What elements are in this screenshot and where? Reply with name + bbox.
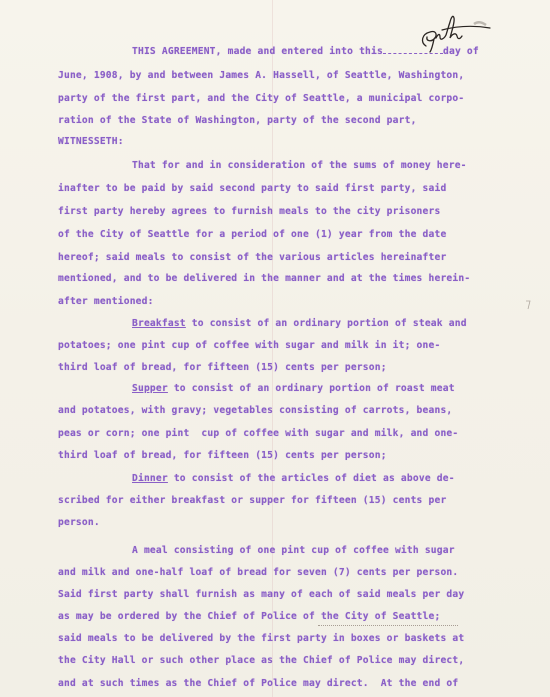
document-line: potatoes; one pint cup of coffee with su… [58,340,440,351]
line-text: as may be ordered by the Chief of Police… [58,611,440,622]
document-page: THIS AGREEMENT, made and entered into th… [0,0,550,697]
line-text: inafter to be paid by said second party … [58,183,446,194]
line-text: THIS AGREEMENT, made and entered into th… [132,46,383,57]
document-line: and milk and one-half loaf of bread for … [58,567,458,578]
line-text: of the City of Seattle for a period of o… [58,229,446,240]
line-text: and at such times as the Chief of Police… [58,678,458,689]
line-text: third loaf of bread, for fifteen (15) ce… [58,362,387,373]
line-text: mentioned, and to be delivered in the ma… [58,273,470,284]
line-text: to consist of the articles of diet as ab… [168,473,455,484]
document-line: peas or corn; one pint cup of coffee wit… [58,428,458,439]
line-text: peas or corn; one pint cup of coffee wit… [58,428,458,439]
document-line: said meals to be delivered by the first … [58,633,464,644]
document-line: Dinner to consist of the articles of die… [132,473,455,484]
document-line: person. [58,517,100,528]
document-line: first party hereby agrees to furnish mea… [58,206,440,217]
document-line: and potatoes, with gravy; vegetables con… [58,405,452,416]
document-line: as may be ordered by the Chief of Police… [58,611,440,622]
line-text: scribed for either breakfast or supper f… [58,495,446,506]
document-line: scribed for either breakfast or supper f… [58,495,446,506]
document-line: Said first party shall furnish as many o… [58,589,464,600]
line-text: ration of the State of Washington, party… [58,115,417,126]
handwritten-day-signature-icon [412,8,502,53]
pencil-mark-icon [525,300,531,310]
line-text: party of the first part, and the City of… [58,93,464,104]
document-line: party of the first part, and the City of… [58,93,464,104]
document-line: inafter to be paid by said second party … [58,183,446,194]
document-line: ration of the State of Washington, party… [58,115,417,126]
document-line: of the City of Seattle for a period of o… [58,229,446,240]
document-line: hereof; said meals to consist of the var… [58,252,446,263]
line-text: Said first party shall furnish as many o… [58,589,464,600]
meal-heading: Breakfast [132,318,186,329]
line-text: person. [58,517,100,528]
line-text: That for and in consideration of the sum… [132,160,467,171]
line-text: and milk and one-half loaf of bread for … [58,567,458,578]
document-line: the City Hall or such other place as the… [58,655,464,666]
line-text: said meals to be delivered by the first … [58,633,464,644]
line-text: to consist of an ordinary portion of roa… [168,383,455,394]
meal-heading: Dinner [132,473,168,484]
document-line: mentioned, and to be delivered in the ma… [58,273,470,284]
line-text: A meal consisting of one pint cup of cof… [132,545,455,556]
document-line: That for and in consideration of the sum… [132,160,467,171]
line-text: third loaf of bread, for fifteen (15) ce… [58,450,387,461]
pencil-underline [318,624,458,626]
line-text: WITNESSETH: [58,136,124,147]
document-line: Supper to consist of an ordinary portion… [132,383,455,394]
document-line: Breakfast to consist of an ordinary port… [132,318,467,329]
document-line: A meal consisting of one pint cup of cof… [132,545,455,556]
line-text: hereof; said meals to consist of the var… [58,252,446,263]
line-text: first party hereby agrees to furnish mea… [58,206,440,217]
document-line: and at such times as the Chief of Police… [58,678,458,689]
line-text: after mentioned: [58,296,154,307]
document-line: WITNESSETH: [58,136,124,147]
line-text: and potatoes, with gravy; vegetables con… [58,405,452,416]
meal-heading: Supper [132,383,168,394]
document-line: June, 1908, by and between James A. Hass… [58,70,464,81]
document-line: after mentioned: [58,296,154,307]
line-text: to consist of an ordinary portion of ste… [186,318,467,329]
line-text: potatoes; one pint cup of coffee with su… [58,340,440,351]
line-text: the City Hall or such other place as the… [58,655,464,666]
document-line: third loaf of bread, for fifteen (15) ce… [58,450,387,461]
line-text: June, 1908, by and between James A. Hass… [58,70,464,81]
document-line: third loaf of bread, for fifteen (15) ce… [58,362,387,373]
